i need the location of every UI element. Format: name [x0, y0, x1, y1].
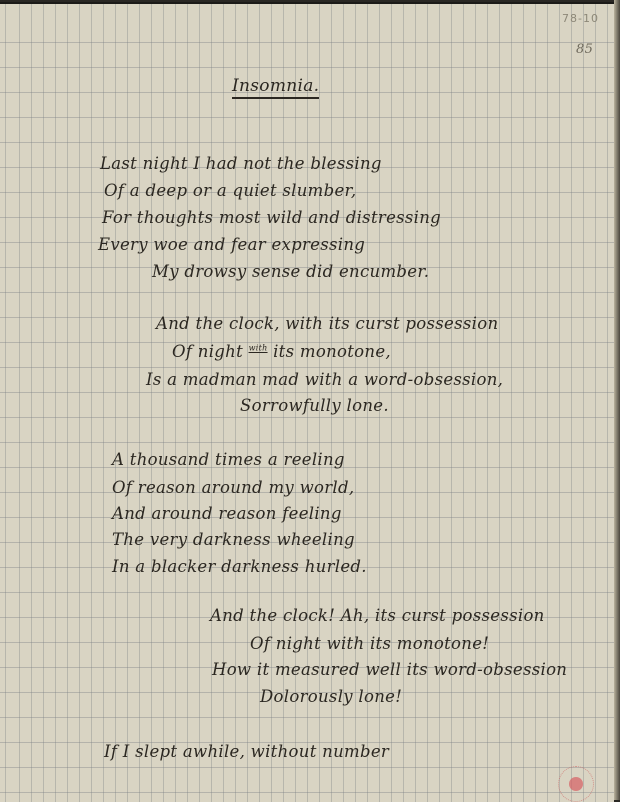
stamp-center: [569, 777, 583, 791]
poem-title: Insomnia.: [232, 76, 319, 99]
poem-line: A thousand times a reeling: [112, 450, 345, 469]
poem-line: Of reason around my world,: [112, 478, 354, 497]
poem-line-end: its monotone,: [273, 342, 391, 361]
folio-number: 85: [576, 42, 593, 57]
inserted-word: with: [249, 344, 268, 353]
poem-line: For thoughts most wild and distressing: [102, 208, 441, 227]
poem-line: And the clock! Ah, its curst possession: [210, 606, 545, 625]
poem-line: And around reason feeling: [112, 504, 342, 523]
page-edge-shadow: [614, 0, 620, 800]
poem-line: The very darkness wheeling: [112, 530, 355, 549]
poem-line: And the clock, with its curst possession: [156, 314, 498, 333]
poem-line: Dolorously lone!: [260, 687, 402, 706]
poem-line: Last night I had not the blessing: [100, 154, 382, 173]
poem-line: My drowsy sense did encumber.: [152, 262, 429, 281]
poem-line: Of night with its monotone!: [250, 634, 489, 653]
poem-line: Is a madman mad with a word-obsession,: [146, 370, 503, 389]
poem-line: In a blacker darkness hurled.: [112, 557, 367, 576]
poem-line: If I slept awhile, without number: [104, 742, 389, 761]
poem-line: Sorrowfully lone.: [240, 396, 389, 415]
poem-line: How it measured well its word-obsession: [212, 660, 567, 679]
poem-line-start: Of night: [172, 342, 243, 361]
poem-line: Every woe and fear expressing: [98, 235, 365, 254]
manuscript-page: 78-10 85 Insomnia. Last night I had not …: [0, 2, 614, 800]
reference-number: 78-10: [562, 12, 599, 25]
library-stamp-icon: [558, 766, 594, 800]
poem-line: Of a deep or a quiet slumber,: [104, 181, 356, 200]
poem-line: Of night with its monotone,: [172, 342, 391, 361]
